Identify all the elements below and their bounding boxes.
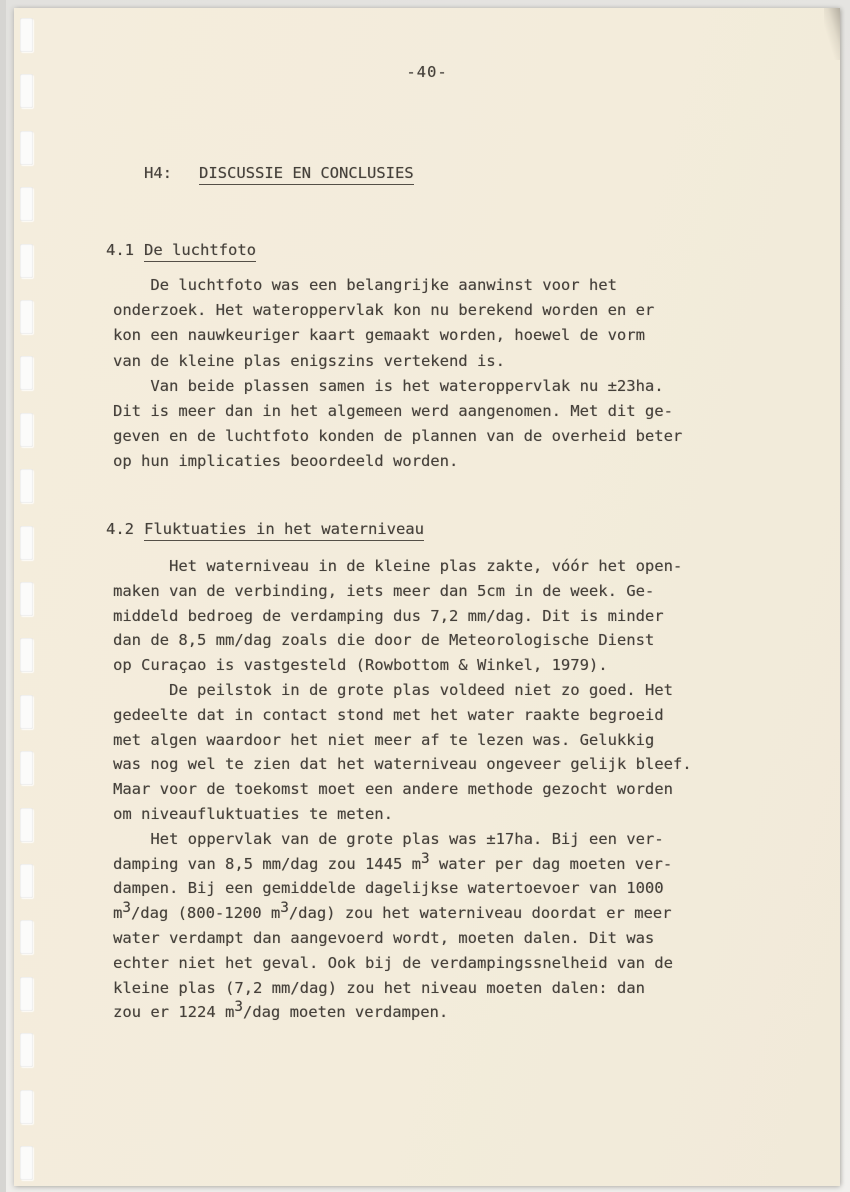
text-line: kleine plas (7,2 mm/dag) zou het niveau … <box>113 976 692 1001</box>
text-line: Het oppervlak van de grote plas was ±17h… <box>113 827 692 852</box>
chapter-heading: H4:DISCUSSIE EN CONCLUSIES <box>144 161 414 185</box>
binding-hole <box>20 1033 33 1067</box>
binding-hole <box>20 920 33 954</box>
section-title: De luchtfoto <box>144 241 256 262</box>
text-line: water verdampt dan aangevoerd wordt, moe… <box>113 926 692 951</box>
text-line: op Curaçao is vastgesteld (Rowbottom & W… <box>113 653 692 678</box>
text-line: Maar voor de toekomst moet een andere me… <box>113 777 692 802</box>
text-line: dampen. Bij een gemiddelde dagelijkse wa… <box>113 876 692 901</box>
binding-hole <box>20 751 33 785</box>
text-line: damping van 8,5 mm/dag zou 1445 m3 water… <box>113 852 692 877</box>
text-line: Van beide plassen samen is het wateroppe… <box>113 374 682 399</box>
binding-hole <box>20 244 33 278</box>
text-line: middeld bedroeg de verdamping dus 7,2 mm… <box>113 604 692 629</box>
binding-hole <box>20 977 33 1011</box>
text-line: m3/dag (800-1200 m3/dag) zou het waterni… <box>113 901 692 926</box>
text-line: op hun implicaties beoordeeld worden. <box>113 449 682 474</box>
page-corner-shadow <box>824 8 840 60</box>
binding-hole <box>20 356 33 390</box>
text-line: geven en de luchtfoto konden de plannen … <box>113 424 682 449</box>
text-line: van de kleine plas enigszins vertekend i… <box>113 349 682 374</box>
binding-hole <box>20 187 33 221</box>
section-number: 4.2 <box>106 520 134 538</box>
section-title: Fluktuaties in het waterniveau <box>144 520 424 541</box>
text-line: kon een nauwkeuriger kaart gemaakt worde… <box>113 323 682 348</box>
binding-hole <box>20 413 33 447</box>
binding-hole <box>20 300 33 334</box>
text-line: onderzoek. Het wateroppervlak kon nu ber… <box>113 298 682 323</box>
text-line: was nog wel te zien dat het waterniveau … <box>113 752 692 777</box>
text-line: De luchtfoto was een belangrijke aanwins… <box>113 273 682 298</box>
scanner-edge-shadow <box>0 0 6 1192</box>
section-body-4-1: De luchtfoto was een belangrijke aanwins… <box>113 273 682 475</box>
text-line: gedeelte dat in contact stond met het wa… <box>113 703 692 728</box>
section-heading-4-1: 4.1De luchtfoto <box>106 238 256 262</box>
section-number: 4.1 <box>106 241 134 259</box>
text-line: Het waterniveau in de kleine plas zakte,… <box>113 554 692 579</box>
text-line: Dit is meer dan in het algemeen werd aan… <box>113 399 682 424</box>
section-heading-4-2: 4.2Fluktuaties in het waterniveau <box>106 517 424 541</box>
text-line: maken van de verbinding, iets meer dan 5… <box>113 579 692 604</box>
document-page: -40- H4:DISCUSSIE EN CONCLUSIES 4.1De lu… <box>14 8 840 1186</box>
binding-hole <box>20 1146 33 1180</box>
text-line: echter niet het geval. Ook bij de verdam… <box>113 951 692 976</box>
binding-hole <box>20 469 33 503</box>
binding-hole <box>20 695 33 729</box>
text-line: De peilstok in de grote plas voldeed nie… <box>113 678 692 703</box>
chapter-title: DISCUSSIE EN CONCLUSIES <box>199 164 414 185</box>
page-number: -40- <box>14 60 840 84</box>
binding-hole <box>20 18 33 52</box>
binding-holes <box>14 8 40 1186</box>
binding-hole <box>20 808 33 842</box>
section-body-4-2: Het waterniveau in de kleine plas zakte,… <box>113 554 692 1025</box>
binding-hole <box>20 864 33 898</box>
binding-hole <box>20 526 33 560</box>
binding-hole <box>20 638 33 672</box>
binding-hole <box>20 131 33 165</box>
binding-hole <box>20 582 33 616</box>
text-line: met algen waardoor het niet meer af te l… <box>113 728 692 753</box>
scan-backdrop: { "document": { "page_number": "-40-", "… <box>0 0 850 1192</box>
text-line: zou er 1224 m3/dag moeten verdampen. <box>113 1000 692 1025</box>
text-line: om niveaufluktuaties te meten. <box>113 802 692 827</box>
chapter-number: H4: <box>144 164 172 182</box>
text-line: dan de 8,5 mm/dag zoals die door de Mete… <box>113 628 692 653</box>
binding-hole <box>20 1090 33 1124</box>
